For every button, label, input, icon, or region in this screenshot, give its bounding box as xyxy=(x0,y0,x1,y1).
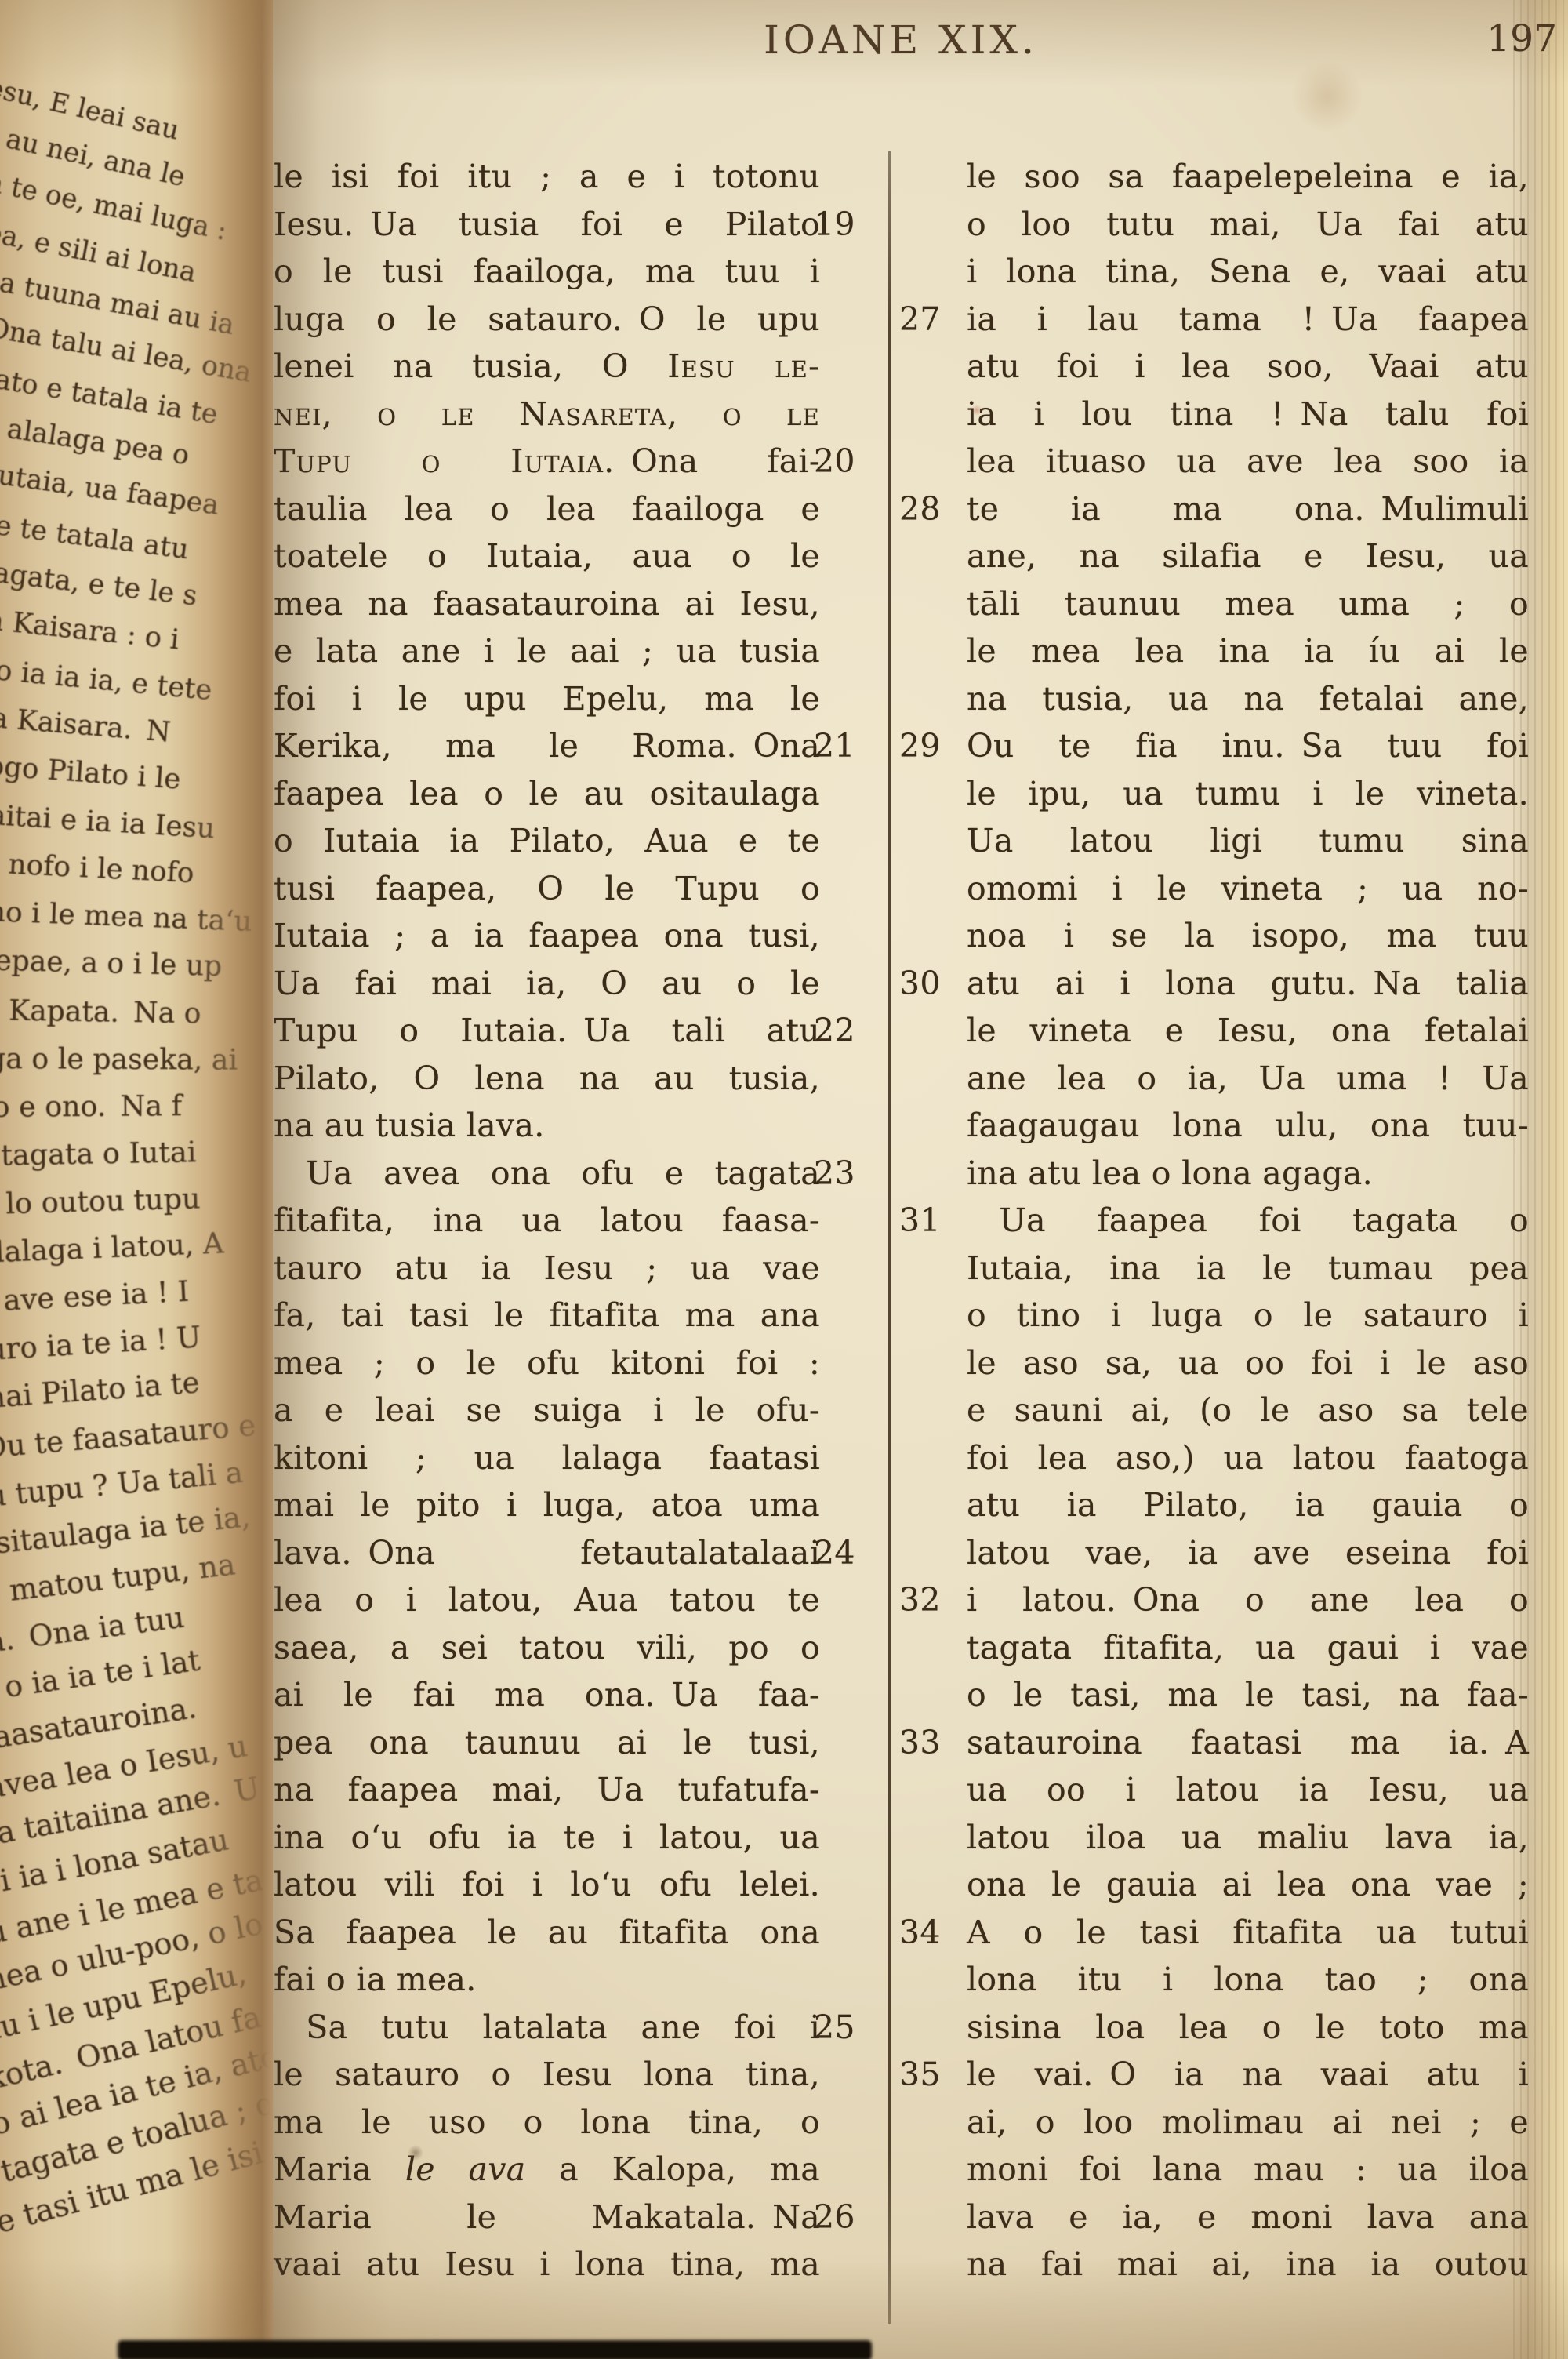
text-segment: vaai atu Iesu i lona tina, ma xyxy=(274,2245,820,2283)
gutter-text-fragment: no i le mea na ta‘u xyxy=(0,896,252,938)
text-segment: lava. Ona fetautalatalaai xyxy=(274,1534,820,1572)
text-line: e sauni ai, (o le aso sa tele xyxy=(967,1387,1529,1434)
text-segment: e sauni ai, (o le aso sa tele xyxy=(967,1391,1529,1429)
text-segment: Ua faapea foi tagata o xyxy=(967,1201,1529,1239)
text-line: a e leai se suiga i le ofu- xyxy=(274,1387,820,1434)
text-line: le ipu, ua tumu i le vineta. xyxy=(967,770,1529,818)
text-segment: o le tasi, ma le tasi, na faa- xyxy=(967,1676,1529,1714)
gutter-text-fragment: Iutaia, ua faapea xyxy=(0,458,221,522)
text-line: ina o‘u ofu ia te i latou, ua xyxy=(274,1814,820,1862)
text-segment: a Kalopa, ma xyxy=(525,2150,820,2188)
opposite-page-edge: Iesu, E leai saue au nei, ana lea te oe,… xyxy=(0,0,273,2359)
verse-number: 30 xyxy=(899,960,965,1008)
gutter-text-fragment: ga o le paseka, ai xyxy=(0,1041,238,1077)
text-segment: toatele o Iutaia, aua o le xyxy=(274,537,820,575)
text-segment: latou vae, ia ave eseina foi xyxy=(967,1534,1529,1572)
text-line: le vineta e Iesu, ona fetalai xyxy=(967,1007,1529,1055)
text-line: tusi faapea, O le Tupu o xyxy=(274,865,820,913)
gutter-text-fragment: so e ono. Na f xyxy=(0,1089,182,1124)
text-segment: o tino i luga o le satauro i xyxy=(967,1296,1529,1334)
text-segment: o Iutaia ia Pilato, Aua e te xyxy=(274,822,820,860)
text-segment: te ia ma ona. Mulimuli xyxy=(967,490,1529,528)
text-segment: ane, na silafia e Iesu, ua xyxy=(967,537,1529,575)
text-segment: Ua avea ona ofu e tagata xyxy=(274,1154,820,1192)
text-line: Ou te fia inu. Sa tuu foi29 xyxy=(967,722,1529,770)
gutter-text-fragment: i e te tatala atu xyxy=(0,507,191,565)
verse-number: 35 xyxy=(899,2051,965,2099)
text-segment: latou vili foi i lo‘u ofu lelei. xyxy=(274,1866,820,1903)
text-line: satauroina faatasi ma ia. A33 xyxy=(967,1719,1529,1767)
text-segment: mai le pito i luga, atoa uma xyxy=(274,1486,820,1524)
italic-phrase: le ava xyxy=(405,2150,526,2188)
text-line: le satauro o Iesu lona tina, xyxy=(274,2051,820,2099)
page-header: IOANE XIX. 197 xyxy=(273,17,1529,72)
text-line: le vai. O ia na vaai atu i35 xyxy=(967,2051,1529,2099)
text-line: faapea lea o le au ositaulaga xyxy=(274,770,820,818)
text-line: fa, tai tasi le fitafita ma ana xyxy=(274,1292,820,1339)
text-line: foi lea aso,) ua latou faatoga xyxy=(967,1434,1529,1482)
text-line: le aso sa, ua oo foi i le aso xyxy=(967,1339,1529,1387)
verse-number: 29 xyxy=(899,722,965,770)
text-line: na faapea mai, Ua tufatufa- xyxy=(274,1766,820,1814)
text-segment: lenei na tusia, O xyxy=(274,347,667,385)
text-segment: lea ituaso ua ave lea soo ia xyxy=(967,442,1529,480)
text-segment: o le tusi faailoga, ma tuu i xyxy=(274,253,820,290)
text-line: ma le uso o lona tina, o xyxy=(274,2099,820,2146)
text-segment: Sa faapea le au fitafita ona xyxy=(274,1914,820,1951)
gutter-text-fragment: uro ia te ia ! U xyxy=(0,1320,202,1367)
text-line: Sa tutu latalata ane foi i25 xyxy=(274,2004,820,2052)
small-caps-phrase: Tupu o Iutaia. xyxy=(274,442,615,480)
text-line: foi i le upu Epelu, ma le xyxy=(274,675,820,723)
text-segment: faagaugau lona ulu, ona tuu- xyxy=(967,1107,1529,1144)
scanned-book-page: { "page": { "header": { "title": "IOANE … xyxy=(0,0,1568,2359)
verse-number: 28 xyxy=(899,485,965,533)
text-segment: pea ona taunuu ai le tusi, xyxy=(274,1724,820,1761)
text-line: Ua faapea foi tagata o31 xyxy=(967,1197,1529,1245)
small-caps-phrase: Iesu le- xyxy=(667,347,820,385)
text-segment: luga o le satauro. O le upu xyxy=(274,300,820,338)
text-segment: a e leai se suiga i le ofu- xyxy=(274,1391,820,1429)
verse-number: 34 xyxy=(899,1909,965,1957)
text-line: ia i lou tina ! Na talu foi xyxy=(967,391,1529,438)
text-line: lava. Ona fetautalatalaai24 xyxy=(274,1529,820,1577)
running-head-title: IOANE XIX. xyxy=(273,17,1529,63)
text-segment: atu foi i lea soo, Vaai atu xyxy=(967,347,1529,385)
text-segment: Iutaia ; a ia faapea ona tusi, xyxy=(274,917,820,954)
text-segment: omomi i le vineta ; ua no- xyxy=(967,870,1529,907)
text-segment: Ua latou ligi tumu sina xyxy=(967,822,1529,860)
text-segment: na fai mai ai, ina ia outou xyxy=(967,2245,1529,2283)
text-segment: ane lea o ia, Ua uma ! Ua xyxy=(967,1060,1529,1097)
text-segment: Ua fai mai ia, O au o le xyxy=(274,965,820,1002)
text-line: ina atu lea o lona agaga. xyxy=(967,1150,1529,1198)
text-line: le isi foi itu ; a e i totonu xyxy=(274,153,820,201)
text-line: le soo sa faapelepeleina e ia, xyxy=(967,153,1529,201)
verse-number: 19 xyxy=(814,201,880,249)
text-segment: le ipu, ua tumu i le vineta. xyxy=(967,775,1529,812)
text-segment: le mea lea ina ia íu ai le xyxy=(967,632,1529,670)
text-line: na fai mai ai, ina ia outou xyxy=(967,2241,1529,2288)
text-line: lea ituaso ua ave lea soo ia xyxy=(967,438,1529,485)
gutter-text-fragment: i tagata o Iutai xyxy=(0,1135,197,1172)
text-line: o Iutaia ia Pilato, Aua e te xyxy=(274,817,820,865)
text-line: latou vili foi i lo‘u ofu lelei. xyxy=(274,1861,820,1909)
text-line: atu ai i lona gutu. Na talia30 xyxy=(967,960,1529,1008)
gutter-text-fragment: i o ia ia ia, e tete xyxy=(0,652,213,707)
text-line: mea na faasatauroina ai Iesu, xyxy=(274,580,820,628)
verse-number: 22 xyxy=(814,1007,880,1055)
text-line: e lata ane i le aai ; ua tusia xyxy=(274,627,820,675)
text-line: lava e ia, e moni lava ana xyxy=(967,2194,1529,2241)
text-segment: kitoni ; ua lalaga faatasi xyxy=(274,1439,820,1477)
text-segment: ia i lau tama ! Ua faapea xyxy=(967,300,1529,338)
text-segment: tauro atu ia Iesu ; ua vae xyxy=(274,1249,820,1287)
text-segment: latou iloa ua maliu lava ia, xyxy=(967,1819,1529,1856)
verse-number: 27 xyxy=(899,296,965,343)
verse-number: 23 xyxy=(814,1150,880,1198)
text-segment: fa, tai tasi le fitafita ma ana xyxy=(274,1296,820,1334)
text-segment: i lona tina, Sena e, vaai atu xyxy=(967,253,1529,290)
gutter-text-fragment: o matou tupu, na xyxy=(0,1547,237,1611)
text-line: lea o i latou, Aua tatou te xyxy=(274,1576,820,1624)
gutter-text-fragment: ia Kaisara. N xyxy=(0,701,172,749)
left-text-column: le isi foi itu ; a e i totonuIesu. Ua tu… xyxy=(274,153,820,2288)
text-line: latou vae, ia ave eseina foi xyxy=(967,1529,1529,1577)
gutter-text-fragment: i lo outou tupu xyxy=(0,1181,201,1221)
gutter-text-fragment: ! ave ese ia ! I xyxy=(0,1274,190,1318)
text-segment: Maria le Makatala. Na xyxy=(274,2198,820,2236)
text-segment: atu ia Pilato, ia gauia o xyxy=(967,1486,1529,1524)
text-line: taulia lea o lea faailoga e xyxy=(274,485,820,533)
text-segment: atu ai i lona gutu. Na talia xyxy=(967,965,1529,1002)
text-line: tāli taunuu mea uma ; o xyxy=(967,580,1529,628)
verse-number: 26 xyxy=(814,2194,880,2241)
text-line: atu foi i lea soo, Vaai atu xyxy=(967,343,1529,391)
text-segment: le vai. O ia na vaai atu i xyxy=(967,2055,1529,2093)
text-segment: e lata ane i le aai ; ua tusia xyxy=(274,632,820,670)
text-segment: le isi foi itu ; a e i totonu xyxy=(274,158,820,195)
text-segment: satauroina faatasi ma ia. A xyxy=(967,1724,1529,1761)
text-segment: noa i se la isopo, ma tuu xyxy=(967,917,1529,954)
text-segment: le vineta e Iesu, ona fetalai xyxy=(967,1012,1529,1049)
text-line: latou iloa ua maliu lava ia, xyxy=(967,1814,1529,1862)
text-line: i lona tina, Sena e, vaai atu xyxy=(967,248,1529,296)
text-line: i latou. Ona o ane lea o32 xyxy=(967,1576,1529,1624)
text-segment: ai, o loo molimau ai nei ; e xyxy=(967,2103,1529,2141)
text-segment: ai le fai ma ona. Ua faa- xyxy=(274,1676,820,1714)
text-line: kitoni ; ua lalaga faatasi xyxy=(274,1434,820,1482)
text-segment: sisina loa lea o le toto ma xyxy=(967,2008,1529,2046)
text-line: na au tusia lava. xyxy=(274,1102,820,1150)
text-line: Maria le ava a Kalopa, ma xyxy=(274,2146,820,2194)
text-line: ane, na silafia e Iesu, ua xyxy=(967,533,1529,580)
text-line: Iesu. Ua tusia foi e Pilato19 xyxy=(274,201,820,249)
text-line: Tupu o Iutaia. Ona fai-20 xyxy=(274,438,820,485)
text-segment: Tupu o Iutaia. Ua tali atu xyxy=(274,1012,820,1049)
text-line: ai le fai ma ona. Ua faa- xyxy=(274,1671,820,1719)
text-segment: i latou. Ona o ane lea o xyxy=(967,1581,1529,1619)
text-segment: Maria xyxy=(274,2150,405,2188)
text-line: Ua avea ona ofu e tagata23 xyxy=(274,1150,820,1198)
text-line: ua oo i latou ia Iesu, ua xyxy=(967,1766,1529,1814)
text-line: ai, o loo molimau ai nei ; e xyxy=(967,2099,1529,2146)
text-segment: fitafita, ina ua latou faasa- xyxy=(274,1201,820,1239)
text-line: sisina loa lea o le toto ma xyxy=(967,2004,1529,2052)
text-line: o loo tutu mai, Ua fai atu xyxy=(967,201,1529,249)
text-line: pea ona taunuu ai le tusi, xyxy=(274,1719,820,1767)
text-line: mea ; o le ofu kitoni foi : xyxy=(274,1339,820,1387)
text-line: vaai atu Iesu i lona tina, ma xyxy=(274,2241,820,2288)
text-segment: mea na faasatauroina ai Iesu, xyxy=(274,585,820,623)
text-segment: Iesu. Ua tusia foi e Pilato xyxy=(274,205,820,243)
text-segment: o loo tutu mai, Ua fai atu xyxy=(967,205,1529,243)
gutter-text-fragment: ogo Pilato i le xyxy=(0,750,182,796)
text-line: Iutaia, ina ia le tumau pea xyxy=(967,1245,1529,1292)
gutter-text-fragment: tagata, e te le s xyxy=(0,555,199,612)
page-number: 197 xyxy=(1486,17,1557,60)
text-line: Tupu o Iutaia. Ua tali atu22 xyxy=(274,1007,820,1055)
text-line: A o le tasi fitafita ua tutui34 xyxy=(967,1909,1529,1957)
text-segment: ia i lou tina ! Na talu foi xyxy=(967,395,1529,433)
text-line: omomi i le vineta ; ua no- xyxy=(967,865,1529,913)
text-line: Kerika, ma le Roma. Ona21 xyxy=(274,722,820,770)
text-line: faagaugau lona ulu, ona tuu- xyxy=(967,1102,1529,1150)
text-line: Pilato, O lena na au tusia, xyxy=(274,1055,820,1103)
text-line: tagata fitafita, ua gaui i vae xyxy=(967,1624,1529,1672)
text-line: Iutaia ; a ia faapea ona tusi, xyxy=(274,912,820,960)
text-segment: A o le tasi fitafita ua tutui xyxy=(967,1914,1529,1951)
text-segment: taulia lea o lea faailoga e xyxy=(274,490,820,528)
text-line: Maria le Makatala. Na26 xyxy=(274,2194,820,2241)
gutter-page-fragments: Iesu, E leai saue au nei, ana lea te oe,… xyxy=(0,0,273,2359)
text-segment: moni foi lana mau : ua iloa xyxy=(967,2150,1529,2188)
text-segment: ua oo i latou ia Iesu, ua xyxy=(967,1771,1529,1808)
text-segment: Iutaia, ina ia le tumau pea xyxy=(967,1249,1529,1287)
text-line: o le tusi faailoga, ma tuu i xyxy=(274,248,820,296)
gutter-text-fragment: alalaga i latou, A xyxy=(0,1226,224,1270)
gutter-text-fragment: o Kapata. Na o xyxy=(0,993,201,1030)
text-segment: tusi faapea, O le Tupu o xyxy=(274,870,820,907)
text-line: o tino i luga o le satauro i xyxy=(967,1292,1529,1339)
text-segment: saea, a sei tatou vili, po o xyxy=(274,1629,820,1667)
text-segment: Pilato, O lena na au tusia, xyxy=(274,1060,820,1097)
text-segment: ina o‘u ofu ia te i latou, ua xyxy=(274,1819,820,1856)
text-line: atu ia Pilato, ia gauia o xyxy=(967,1481,1529,1529)
text-segment: lava e ia, e moni lava ana xyxy=(967,2198,1529,2236)
gutter-text-fragment: taitai e ia ia Iesu xyxy=(0,798,216,845)
gutter-text-fragment: a Kaisara : o i xyxy=(0,604,181,656)
text-line: na tusia, ua na fetalai ane, xyxy=(967,675,1529,723)
text-line: toatele o Iutaia, aua o le xyxy=(274,533,820,580)
text-segment: le aso sa, ua oo foi i le aso xyxy=(967,1344,1529,1382)
column-divider-rule xyxy=(888,151,891,2324)
text-line: moni foi lana mau : ua iloa xyxy=(967,2146,1529,2194)
text-line: le mea lea ina ia íu ai le xyxy=(967,627,1529,675)
text-line: lona itu i lona tao ; ona xyxy=(967,1956,1529,2004)
text-segment: le satauro o Iesu lona tina, xyxy=(274,2055,820,2093)
gutter-text-fragment: aepae, a o i le up xyxy=(0,944,223,983)
text-line: ane lea o ia, Ua uma ! Ua xyxy=(967,1055,1529,1103)
text-segment: lona itu i lona tao ; ona xyxy=(967,1961,1529,1998)
text-line: ona le gauia ai lea ona vae ; xyxy=(967,1861,1529,1909)
verse-number: 20 xyxy=(814,438,880,485)
text-line: tauro atu ia Iesu ; ua vae xyxy=(274,1245,820,1292)
text-segment: Ona fai- xyxy=(615,442,820,480)
text-line: nei, o le Nasareta, o le xyxy=(274,391,820,438)
text-segment: foi i le upu Epelu, ma le xyxy=(274,680,820,718)
scan-edge-bar xyxy=(118,2340,872,2359)
text-segment: mea ; o le ofu kitoni foi : xyxy=(274,1344,820,1382)
text-segment: ma le uso o lona tina, o xyxy=(274,2103,820,2141)
text-line: saea, a sei tatou vili, po o xyxy=(274,1624,820,1672)
right-text-column: le soo sa faapelepeleina e ia,o loo tutu… xyxy=(967,153,1529,2288)
text-line: mai le pito i luga, atoa uma xyxy=(274,1481,820,1529)
gutter-text-fragment: a nofo i le nofo xyxy=(0,847,194,889)
text-line: o le tasi, ma le tasi, na faa- xyxy=(967,1671,1529,1719)
text-segment: na faapea mai, Ua tufatufa- xyxy=(274,1771,820,1808)
verse-number: 33 xyxy=(899,1719,965,1767)
text-line: luga o le satauro. O le upu xyxy=(274,296,820,343)
text-segment: Kerika, ma le Roma. Ona xyxy=(274,727,820,765)
text-segment: faapea lea o le au ositaulaga xyxy=(274,775,820,812)
verse-number: 24 xyxy=(814,1529,880,1577)
text-line: fitafita, ina ua latou faasa- xyxy=(274,1197,820,1245)
text-segment: Ou te fia inu. Sa tuu foi xyxy=(967,727,1529,765)
verse-number: 21 xyxy=(814,722,880,770)
text-line: noa i se la isopo, ma tuu xyxy=(967,912,1529,960)
verse-number: 31 xyxy=(899,1197,965,1245)
text-segment: tāli taunuu mea uma ; o xyxy=(967,585,1529,623)
verse-number: 25 xyxy=(814,2004,880,2052)
text-line: Sa faapea le au fitafita ona xyxy=(274,1909,820,1957)
small-caps-phrase: nei, o le Nasareta, o le xyxy=(274,395,820,433)
text-line: Ua latou ligi tumu sina xyxy=(967,817,1529,865)
text-line: ia i lau tama ! Ua faapea27 xyxy=(967,296,1529,343)
text-segment: ina atu lea o lona agaga. xyxy=(967,1154,1373,1192)
text-line: lenei na tusia, O Iesu le- xyxy=(274,343,820,391)
verse-number: 32 xyxy=(899,1576,965,1624)
text-line: Ua fai mai ia, O au o le xyxy=(274,960,820,1008)
text-segment: ona le gauia ai lea ona vae ; xyxy=(967,1866,1529,1903)
text-segment: lea o i latou, Aua tatou te xyxy=(274,1581,820,1619)
text-line: fai o ia mea. xyxy=(274,1956,820,2004)
text-segment: na tusia, ua na fetalai ane, xyxy=(967,680,1529,718)
text-segment: tagata fitafita, ua gaui i vae xyxy=(967,1629,1529,1667)
text-line: te ia ma ona. Mulimuli28 xyxy=(967,485,1529,533)
text-segment: le soo sa faapelepeleina e ia, xyxy=(967,158,1529,195)
text-segment: Sa tutu latalata ane foi i xyxy=(274,2008,820,2046)
text-segment: na au tusia lava. xyxy=(274,1107,545,1144)
text-segment: foi lea aso,) ua latou faatoga xyxy=(967,1439,1529,1477)
text-segment: fai o ia mea. xyxy=(274,1961,477,1998)
gutter-text-fragment: mai Pilato ia te xyxy=(0,1365,201,1416)
